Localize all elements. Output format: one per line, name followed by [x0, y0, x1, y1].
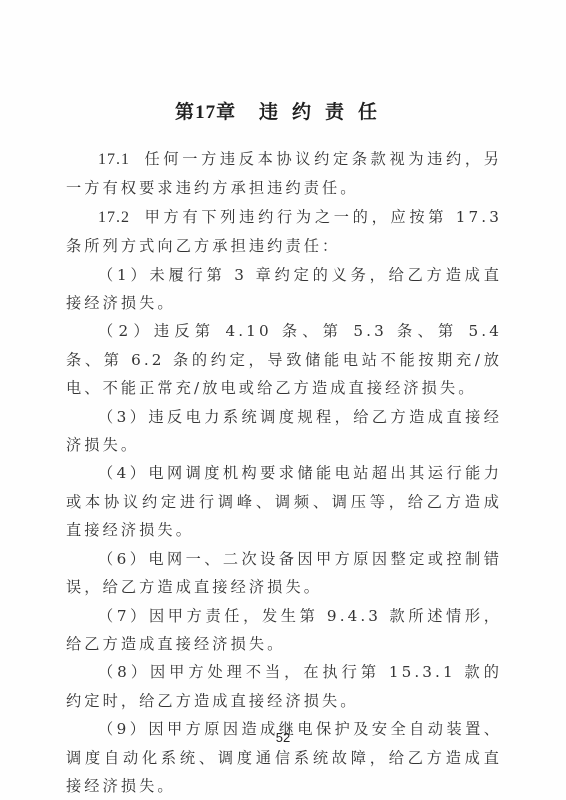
paragraph-17-2: 17.2甲方有下列违约行为之一的，应按第 17.3 条所列方式向乙方承担违约责任… [66, 203, 502, 261]
clause-number: 17.1 [98, 151, 130, 168]
list-item-1: （1）未履行第 3 章约定的义务，给乙方造成直接经济损失。 [66, 261, 502, 318]
clause-number: 17.2 [98, 209, 130, 226]
list-item-7: （7）因甲方责任，发生第 9.4.3 款所述情形，给乙方造成直接经济损失。 [66, 602, 502, 659]
list-item-2: （2）违反第 4.10 条、第 5.3 条、第 5.4 条、第 6.2 条的约定… [66, 317, 502, 402]
document-page: 第17章 违约责任 17.1任何一方违反本协议约定条款视为违约，另一方有权要求违… [0, 0, 566, 800]
chapter-suffix: 章 [216, 101, 236, 123]
page-number: 52 [0, 730, 566, 745]
list-item-4: （4）电网调度机构要求储能电站超出其运行能力或本协议约定进行调峰、调频、调压等，… [66, 459, 502, 544]
paragraph-text: 甲方有下列违约行为之一的，应按第 17.3 条所列方式向乙方承担违约责任： [66, 208, 502, 255]
list-item-6: （6）电网一、二次设备因甲方原因整定或控制错误，给乙方造成直接经济损失。 [66, 545, 502, 602]
chapter-prefix: 第 [175, 101, 195, 123]
paragraph-17-1: 17.1任何一方违反本协议约定条款视为违约，另一方有权要求违约方承担违约责任。 [66, 145, 502, 203]
chapter-title: 第17章 违约责任 [0, 97, 566, 124]
chapter-number: 17 [195, 102, 216, 123]
list-item-3: （3）违反电力系统调度规程，给乙方造成直接经济损失。 [66, 403, 502, 460]
document-body: 17.1任何一方违反本协议约定条款视为违约，另一方有权要求违约方承担违约责任。 … [66, 145, 502, 800]
paragraph-text: 任何一方违反本协议约定条款视为违约，另一方有权要求违约方承担违约责任。 [66, 150, 502, 197]
chapter-name: 违约责任 [259, 101, 391, 123]
list-item-9: （9）因甲方原因造成继电保护及安全自动装置、调度自动化系统、调度通信系统故障，给… [66, 715, 502, 800]
list-item-8: （8）因甲方处理不当，在执行第 15.3.1 款的约定时，给乙方造成直接经济损失… [66, 658, 502, 715]
